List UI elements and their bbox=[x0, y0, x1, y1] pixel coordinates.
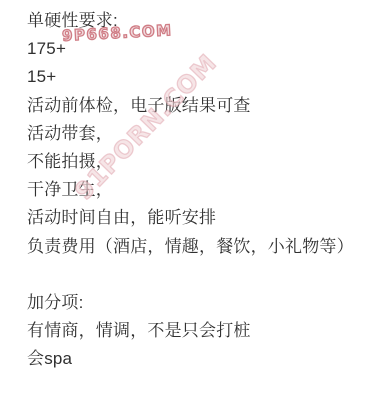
text-line: 活动带套， bbox=[27, 120, 384, 148]
text-line bbox=[27, 261, 384, 289]
text-line: 活动时间自由，能听安排 bbox=[27, 204, 384, 232]
text-line: 加分项: bbox=[27, 289, 384, 317]
text-line: 活动前体检，电子版结果可查 bbox=[27, 92, 384, 120]
text-line: 会spa bbox=[27, 345, 384, 373]
text-line: 有情商，情调，不是只会打桩 bbox=[27, 317, 384, 345]
text-line: 不能拍摄， bbox=[27, 148, 384, 176]
text-line: 负责费用（酒店，情趣，餐饮，小礼物等） bbox=[27, 233, 384, 261]
screenshot-root: 单硬性要求:175+15+活动前体检，电子版结果可查活动带套，不能拍摄，干净卫生… bbox=[0, 0, 392, 400]
